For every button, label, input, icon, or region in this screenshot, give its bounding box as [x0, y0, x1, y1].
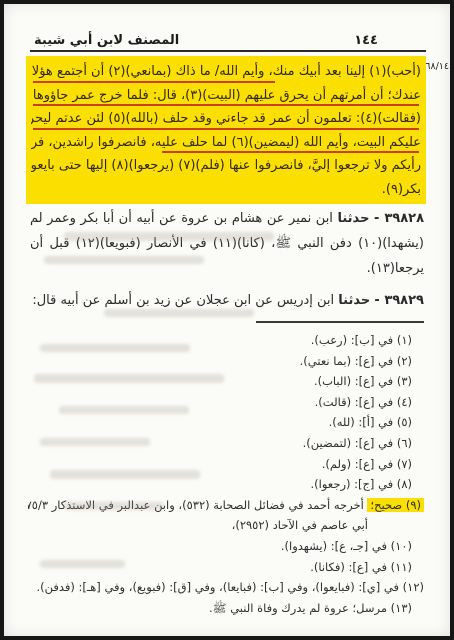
hadith-number: ٣٩٨٢٨ - — [374, 211, 424, 226]
footnote-9-continuation: أبي عاصم في الآحاد (٢٩٥٢)، — [28, 515, 424, 536]
highlighted-line: رأيكم ولا ترجعوا إليَّ، فانصرفوا عنها (ف… — [31, 154, 421, 178]
highlighted-line: (أحب)(١) إلينا بعد أبيك منك، وأيم الله/ … — [31, 60, 421, 84]
footnote-10: (١٠) في [جـ، ع]: (يشهدوا). — [28, 536, 424, 557]
hadith-text: ابن إدريس عن ابن عجلان عن زيد بن أسلم عن… — [32, 293, 334, 308]
hadith-number: ٣٩٨٢٩ - — [374, 293, 424, 308]
bleed-through-artifact — [104, 309, 254, 317]
footnote-13: (١٣) مرسل؛ عروة لم يدرك وفاة النبي ﷺ. — [28, 598, 424, 619]
header-rule — [30, 50, 426, 52]
footnote-separator-rule — [256, 321, 424, 323]
highlighted-line: عندك؛ أن أمرتهم أن يحرق عليهم (البيت)(٣)… — [31, 84, 421, 108]
highlighted-line: بكر(٩). — [31, 178, 421, 202]
bleed-through-artifact — [40, 560, 125, 568]
hadith-lead-word: حدثنا — [338, 293, 370, 308]
highlighted-passage: (أحب)(١) إلينا بعد أبيك منك، وأيم الله/ … — [26, 56, 426, 204]
page-number: ١٤٤ — [354, 33, 378, 48]
book-title: المصنف لابن أبي شيبة — [34, 33, 179, 48]
hadith-lead-word: حدثنا — [337, 211, 369, 226]
bleed-through-artifact — [59, 406, 189, 414]
footnote-5: (٥) في [أ]: (لله). — [28, 412, 424, 433]
bleed-through-artifact — [40, 344, 190, 352]
footnote-9-grading-highlight: (٩) صحيح؛ — [367, 498, 424, 512]
bleed-through-artifact — [64, 502, 164, 510]
footnote-12: (١٢) في [ي]: (فبايعوا)، وفي [ب]: (فبايعا… — [28, 577, 424, 598]
bleed-through-artifact — [44, 256, 204, 264]
highlighted-line: عليكم البيت، وأيم الله (ليمضين)(٦) لما ح… — [31, 131, 421, 155]
bleed-through-artifact — [40, 438, 150, 446]
bleed-through-artifact — [34, 374, 224, 383]
bleed-through-artifact — [64, 232, 274, 241]
scanned-book-page: المصنف لابن أبي شيبة ١٤٤ ٥٦٨/١٤ (أحب)(١)… — [0, 0, 454, 640]
hadith-paragraph-39828: ٣٩٨٢٨ - حدثنا ابن نمير عن هشام بن عروة ع… — [30, 206, 424, 281]
highlighted-line: (فقالت)(٤): تعلمون أن عمر قد جاءني وقد ح… — [31, 107, 421, 131]
bleed-through-artifact — [50, 470, 200, 479]
footnote-2: (٢) في [ع]: (بما نعتي). — [28, 351, 424, 372]
